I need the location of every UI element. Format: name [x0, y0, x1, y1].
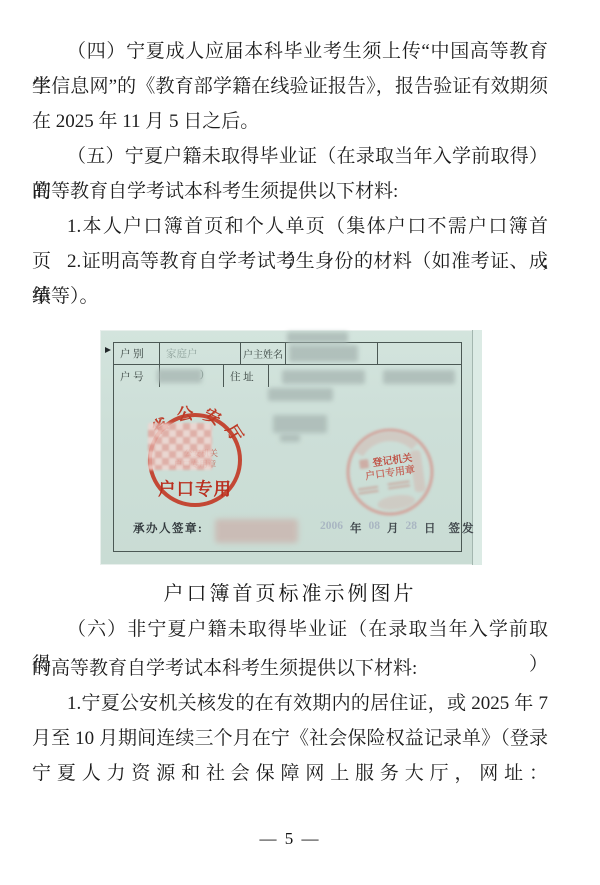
body-line: 月至 10 月期间连续三个月在宁《社会保险权益记录单》（登录 — [32, 721, 548, 756]
day-unit: 日 — [424, 520, 436, 536]
issue-row: 承办人签章: 2006 年 08 月 28 日 签发 — [100, 518, 482, 538]
year-unit: 年 — [350, 520, 362, 536]
month-unit: 月 — [387, 520, 399, 536]
issued-label: 签发 — [449, 520, 476, 536]
redaction-blur-household-no — [157, 369, 202, 383]
addr-label-cell: 住 址 — [224, 365, 269, 387]
body-line: （六）非宁夏户籍未取得毕业证（在录取当年入学前取得） — [32, 612, 548, 647]
type-label-cell: 户 别 — [114, 343, 160, 364]
issue-date: 2006 年 08 月 28 日 签发 — [320, 520, 476, 536]
handler-signature-label: 承办人签章: — [133, 520, 203, 536]
issue-day: 28 — [406, 520, 418, 536]
redaction-blur — [287, 332, 348, 343]
seal-blur-char — [359, 459, 369, 469]
issue-month: 08 — [369, 520, 381, 536]
redaction-blur-address-2 — [383, 370, 455, 384]
hukou-table-row1: 户 别 家庭户 户主姓名 — [114, 343, 461, 365]
no-label-cell: 户 号 — [114, 365, 160, 387]
type-value-cell: 家庭户 — [160, 343, 241, 364]
body-line: 2.证明高等教育自学考试考生身份的材料（如准考证、成绩 — [32, 244, 548, 279]
seal-bar-marks — [358, 481, 410, 493]
cursor-artifact — [105, 347, 111, 353]
redaction-blur-head-name — [289, 345, 358, 362]
redaction-blur — [268, 388, 333, 401]
body-line: 宁夏人力资源和社会保障网上服务大厅，网址： — [32, 756, 548, 791]
head-name-label-cell: 户主姓名 — [241, 343, 286, 364]
body-line: （四）宁夏成人应届本科毕业考生须上传“中国高等教育学 — [32, 34, 548, 69]
body-line: 生信息网”的《教育部学籍在线验证报告》，报告验证有效期须 — [32, 69, 548, 104]
registration-authority-seal: 登记机关 户口专用章 — [342, 424, 438, 520]
issue-year: 2006 — [320, 520, 343, 536]
body-line: 单等）。 — [32, 279, 548, 314]
hukou-example-image: 户 别 家庭户 户主姓名 户 号 住 址 ) — [100, 330, 482, 565]
redaction-blur — [273, 415, 327, 433]
seal-bottom-text: 户口专用 — [158, 479, 232, 499]
body-line: （五）宁夏户籍未取得毕业证（在录取当年入学前取得）的 — [32, 139, 548, 174]
body-line: 高等教育自学考试本科考生须提供以下材料: — [32, 174, 548, 209]
seal-mosaic-redaction — [148, 423, 212, 470]
redaction-blur-address-1 — [282, 370, 365, 384]
body-line: 1.本人户口簿首页和个人单页（集体户口不需户口簿首页）; — [32, 209, 548, 244]
image-caption: 户口簿首页标准示例图片 — [32, 577, 548, 612]
empty-cell — [378, 343, 461, 364]
signature-redaction-blur — [215, 519, 298, 543]
redaction-blur — [280, 434, 300, 442]
body-line: 1.宁夏公安机关核发的在有效期内的居住证，或 2025 年 7 — [32, 686, 548, 721]
document-page: （四）宁夏成人应届本科毕业考生须上传“中国高等教育学 生信息网”的《教育部学籍在… — [0, 0, 600, 885]
page-number: — 5 — — [32, 821, 548, 856]
paren-char: ) — [200, 368, 204, 380]
body-line: 在 2025 年 11 月 5 日之后。 — [32, 104, 548, 139]
